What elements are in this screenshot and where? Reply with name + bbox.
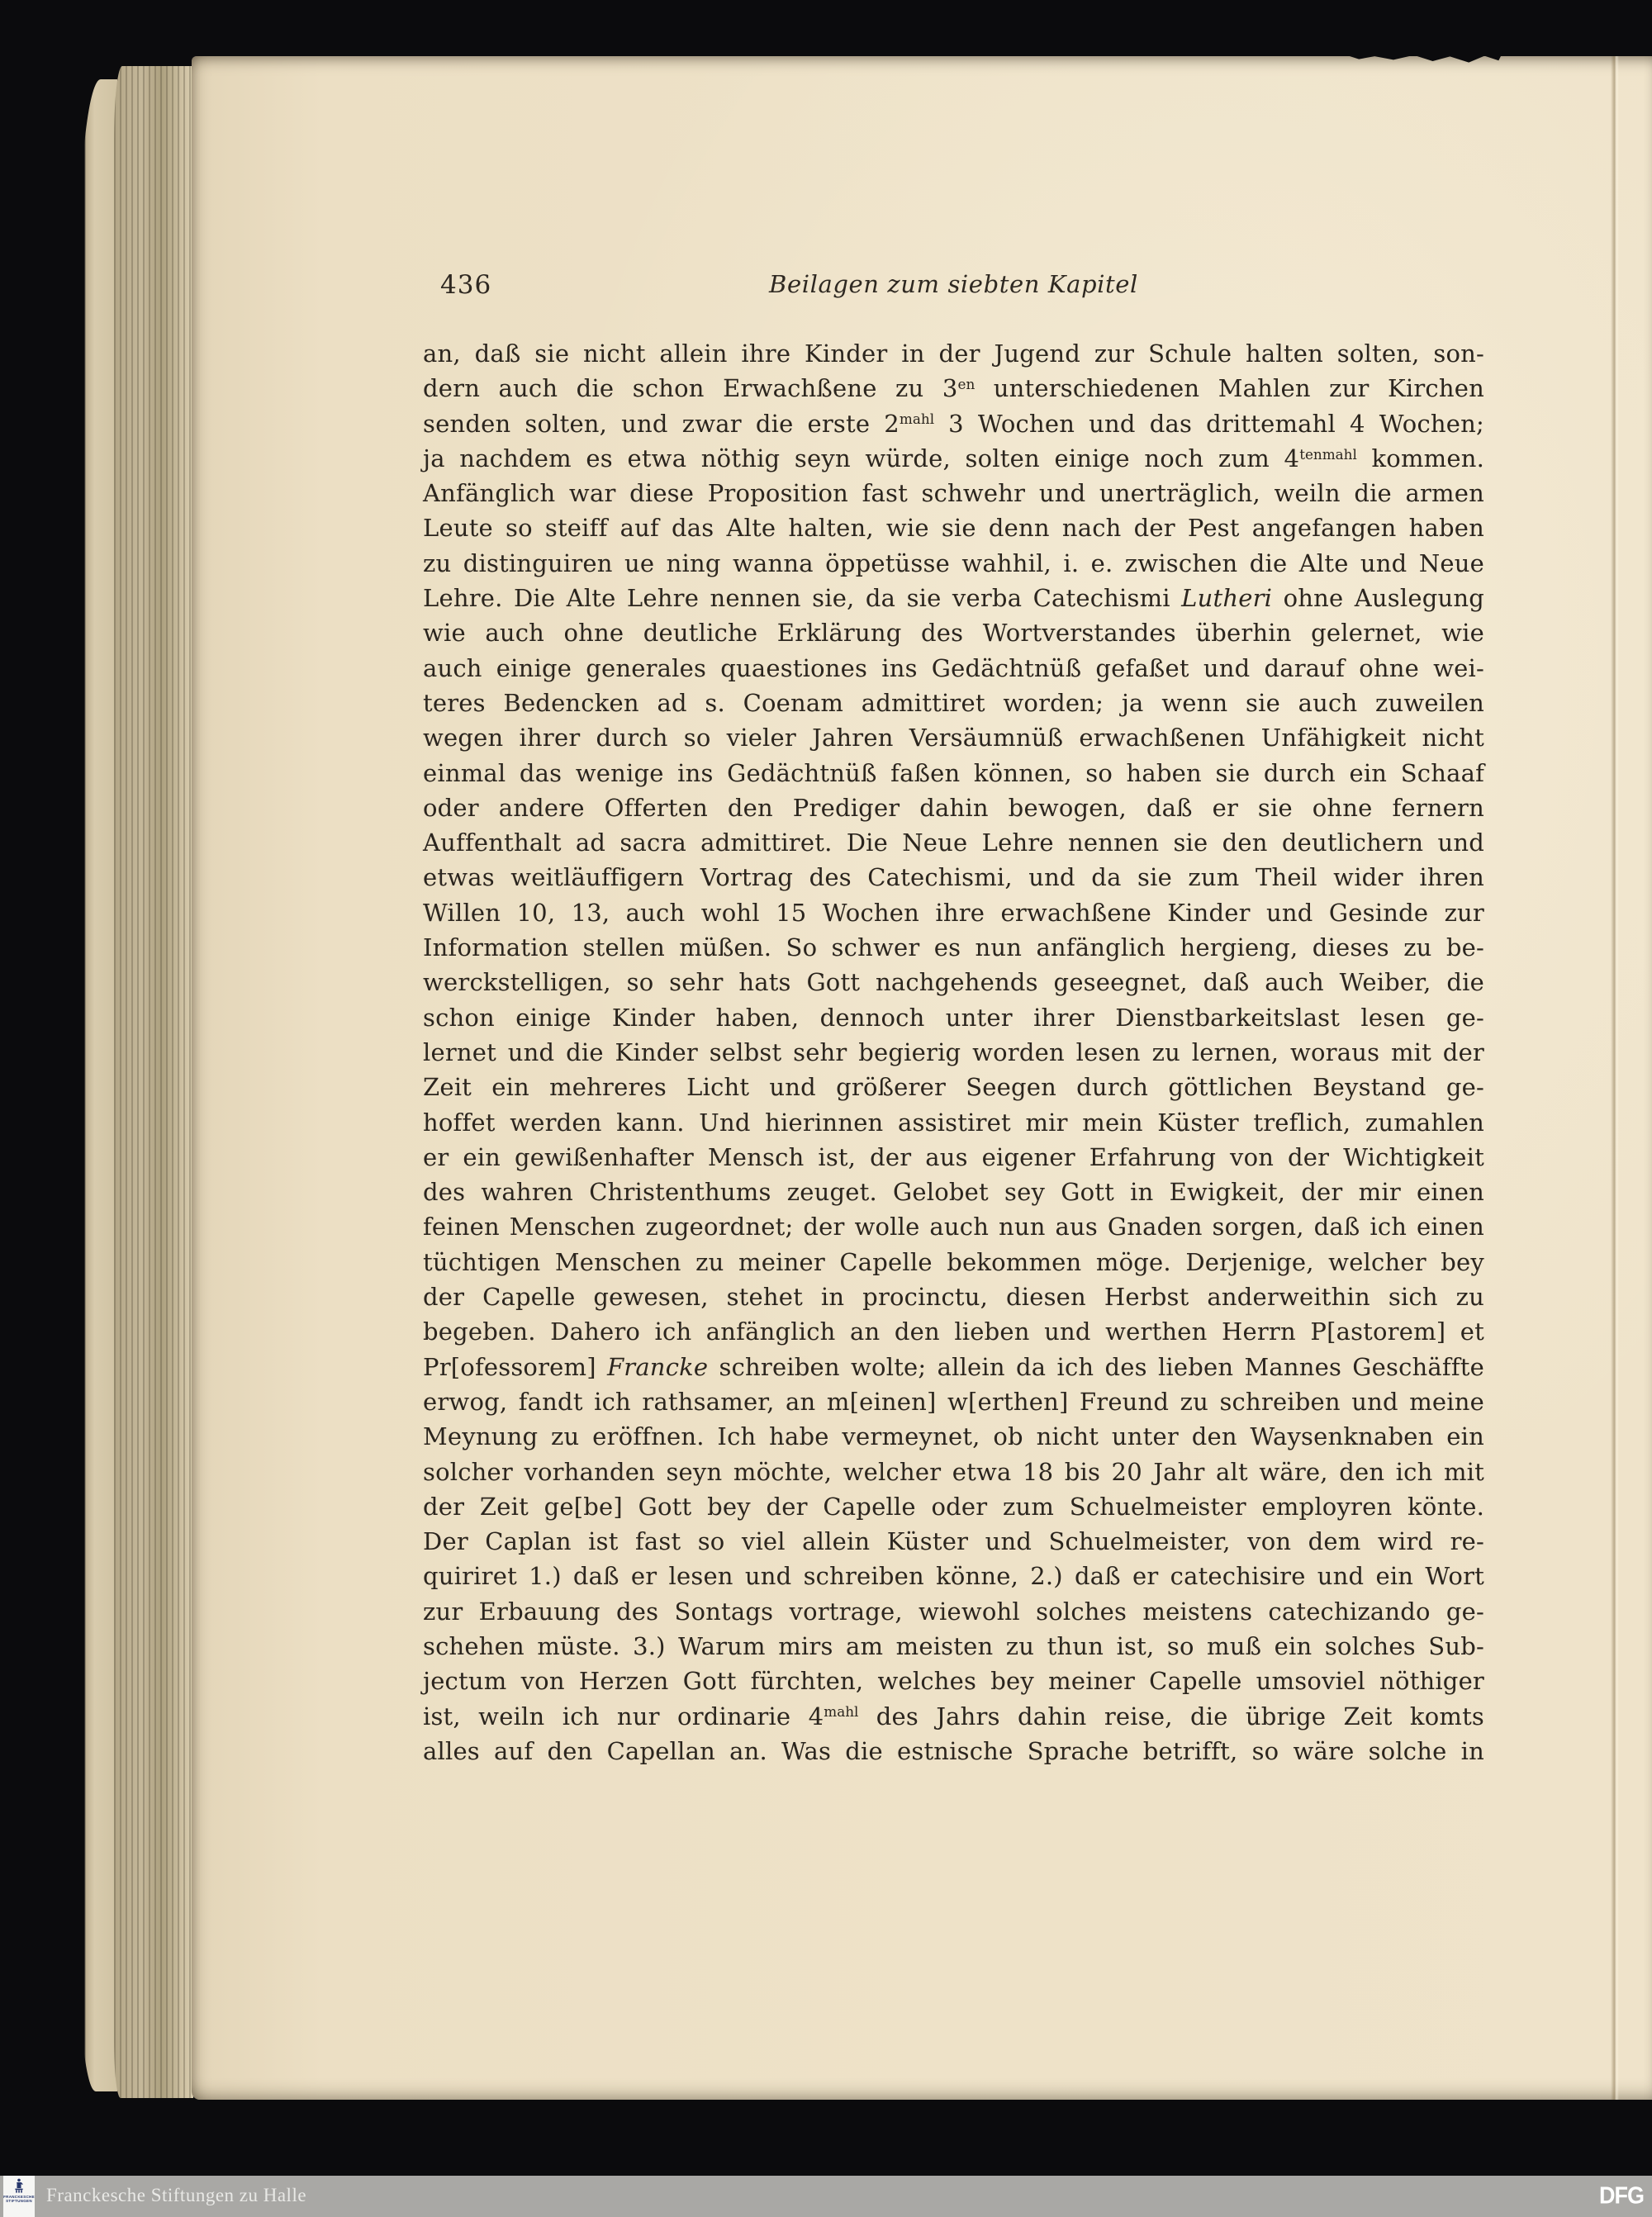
text-line: werckstelligen, so sehr hats Gott nachge…	[423, 965, 1484, 999]
text-line: Pr[ofessorem] Francke schreiben wolte; a…	[423, 1350, 1484, 1384]
text-line: wegen ihrer durch so vieler Jahren Versä…	[423, 720, 1484, 755]
text-line: teres Bedencken ad s. Coenam admittiret …	[423, 686, 1484, 720]
text-line: Willen 10, 13, auch wohl 15 Wochen ihre …	[423, 895, 1484, 930]
page-edge-stack	[114, 66, 193, 2098]
text-line: Information stellen müßen. So schwer es …	[423, 930, 1484, 965]
text-line: an, daß sie nicht allein ihre Kinder in …	[423, 336, 1484, 371]
page-gutter-crease	[1611, 56, 1619, 2100]
franckesche-stiftungen-logo: FRANCKESCHE STIFTUNGEN	[3, 2176, 35, 2217]
text-line: des wahren Christenthums zeuget. Gelobet…	[423, 1175, 1484, 1209]
text-line: erwog, fandt ich rathsamer, an m[einen] …	[423, 1384, 1484, 1419]
text-line: Leute so steiff auf das Alte halten, wie…	[423, 510, 1484, 545]
text-line: zur Erbauung des Sontags vortrage, wiewo…	[423, 1594, 1484, 1629]
text-line: Lehre. Die Alte Lehre nennen sie, da sie…	[423, 581, 1484, 615]
running-header: Beilagen zum siebten Kapitel	[423, 270, 1484, 298]
francke-statue-icon	[12, 2178, 26, 2193]
text-line: oder andere Offerten den Prediger dahin …	[423, 790, 1484, 825]
text-line: Zeit ein mehreres Licht und größerer See…	[423, 1070, 1484, 1104]
text-line: hoffet werden kann. Und hierinnen assist…	[423, 1105, 1484, 1140]
dfg-logo: DFG	[1599, 2182, 1644, 2210]
text-line: schehen müste. 3.) Warum mirs am meisten…	[423, 1629, 1484, 1664]
text-line: der Zeit ge[be] Gott bey der Capelle ode…	[423, 1489, 1484, 1524]
text-line: dern auch die schon Erwachßene zu 3en un…	[423, 371, 1484, 406]
text-line: der Capelle gewesen, stehet in procinctu…	[423, 1279, 1484, 1314]
text-line: er ein gewißenhafter Mensch ist, der aus…	[423, 1140, 1484, 1175]
book-scan: 436 Beilagen zum siebten Kapitel an, daß…	[0, 0, 1652, 2217]
text-line: quiriret 1.) daß er lesen und schreiben …	[423, 1559, 1484, 1593]
body-text: an, daß sie nicht allein ihre Kinder in …	[423, 336, 1484, 1768]
text-line: etwas weitläuffigern Vortrag des Catechi…	[423, 860, 1484, 895]
text-line: jectum von Herzen Gott fürchten, welches…	[423, 1664, 1484, 1698]
page-deckle-edge	[79, 79, 117, 2091]
text-line: Auffenthalt ad sacra admittiret. Die Neu…	[423, 825, 1484, 860]
text-line: wie auch ohne deutliche Erklärung des Wo…	[423, 615, 1484, 650]
text-line: zu distinguiren ue ning wanna öppetüsse …	[423, 546, 1484, 581]
text-line: ist, weiln ich nur ordinarie 4mahl des J…	[423, 1699, 1484, 1734]
text-line: ja nachdem es etwa nöthig seyn würde, so…	[423, 441, 1484, 476]
text-line: senden solten, und zwar die erste 2mahl …	[423, 406, 1484, 441]
text-line: auch einige generales quaestiones ins Ge…	[423, 651, 1484, 686]
text-line: feinen Menschen zugeordnet; der wolle au…	[423, 1209, 1484, 1244]
text-line: schon einige Kinder haben, dennoch unter…	[423, 1000, 1484, 1035]
text-line: solcher vorhanden seyn möchte, welcher e…	[423, 1455, 1484, 1489]
logo-caption: FRANCKESCHE STIFTUNGEN	[3, 2195, 35, 2203]
text-line: lernet und die Kinder selbst sehr begier…	[423, 1035, 1484, 1070]
text-line: einmal das wenige ins Gedächtnüß faßen k…	[423, 756, 1484, 790]
text-line: Anfänglich war diese Proposition fast sc…	[423, 476, 1484, 510]
text-line: alles auf den Capellan an. Was die estni…	[423, 1734, 1484, 1768]
text-line: tüchtigen Menschen zu meiner Capelle bek…	[423, 1245, 1484, 1279]
footer-institution-label: Franckesche Stiftungen zu Halle	[46, 2185, 306, 2206]
text-line: Der Caplan ist fast so viel allein Küste…	[423, 1524, 1484, 1559]
text-line: begeben. Dahero ich anfänglich an den li…	[423, 1314, 1484, 1349]
text-line: Meynung zu eröffnen. Ich habe vermeynet,…	[423, 1419, 1484, 1454]
footer-bar: FRANCKESCHE STIFTUNGEN Franckesche Stift…	[0, 2176, 1652, 2217]
